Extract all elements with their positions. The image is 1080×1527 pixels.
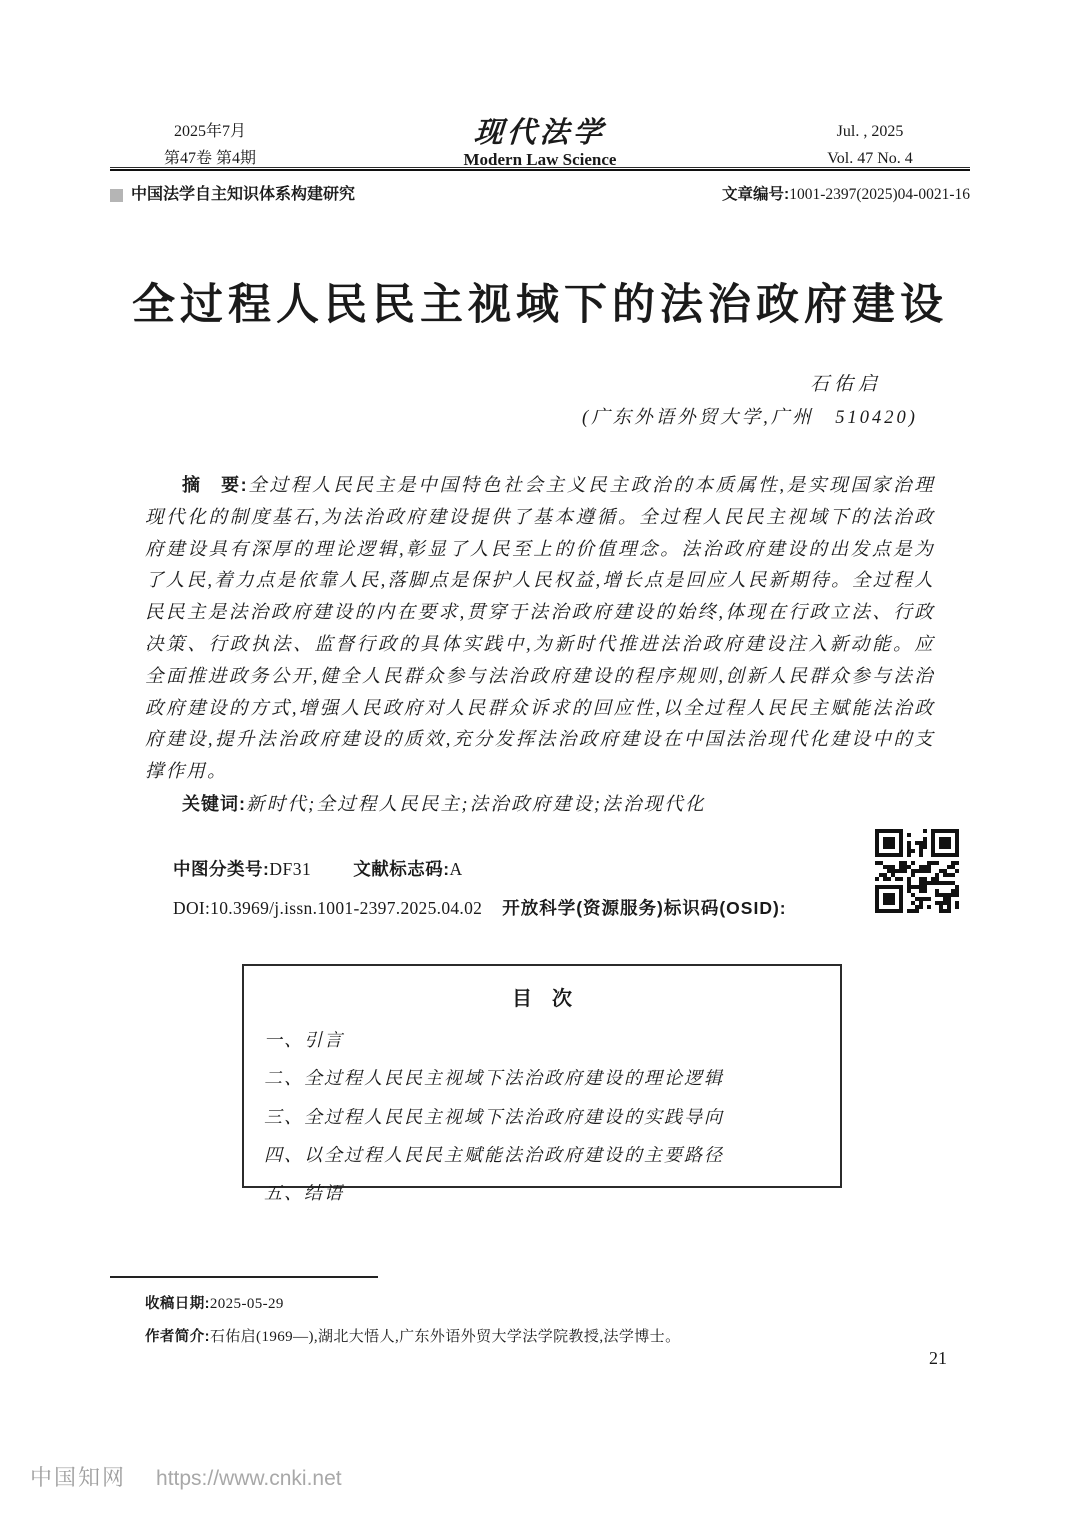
masthead: 2025年7月 第47卷 第4期 现代法学 Modern Law Science… [110,118,970,172]
received-date-label: 收稿日期: [145,1296,210,1312]
keywords-text: 新时代;全过程人民民主;法治政府建设;法治现代化 [246,795,706,815]
toc-item: 一、引言 [264,1021,840,1059]
qr-finder-icon [875,885,903,913]
keywords-paragraph: 关键词:新时代;全过程人民民主;法治政府建设;法治现代化 [145,789,935,822]
author-bio-value: 石佑启(1969—),湖北大悟人,广东外语外贸大学法学院教授,法学博士。 [210,1329,681,1345]
masthead-right: Jul. , 2025 Vol. 47 No. 4 [770,118,970,172]
issue-date-en: Jul. , 2025 [770,118,970,145]
classification-line: 中图分类号:DF31文献标志码:A [173,856,935,881]
journal-logo-cn: 现代法学 [309,118,771,148]
cnki-site-name: 中国知网 [30,1465,126,1490]
article-title: 全过程人民民主视域下的法治政府建设 [0,271,1080,332]
toc-item: 四、以全过程人民民主赋能法治政府建设的主要路径 [264,1136,840,1174]
doc-code-value: A [450,859,463,879]
cnki-url: https://www.cnki.net [156,1467,342,1490]
doi-line: DOI:10.3969/j.issn.1001-2397.2025.04.02开… [173,895,935,920]
toc-item: 五、结语 [264,1174,840,1212]
received-date-note: 收稿日期:2025-05-29 [145,1292,284,1313]
clc-value: DF31 [269,859,311,879]
gray-square-icon [110,189,123,202]
column-title: 中国法学自主知识体系构建研究 [131,185,355,205]
toc-item: 三、全过程人民民主视域下法治政府建设的实践导向 [264,1098,840,1136]
article-number-label: 文章编号: [722,186,789,203]
column-row: 中国法学自主知识体系构建研究 文章编号:1001-2397(2025)04-00… [110,185,970,205]
journal-paper-page: 2025年7月 第47卷 第4期 现代法学 Modern Law Science… [0,0,1080,1527]
author-affiliation: (广东外语外贸大学,广州 510420) [582,403,918,429]
author-name: 石佑启 [810,369,882,396]
abstract-label: 摘 要: [182,475,248,495]
osid-label: 开放科学(资源服务)标识码(OSID): [502,898,786,918]
abstract-text: 全过程人民民主是中国特色社会主义民主政治的本质属性,是实现国家治理现代化的制度基… [145,476,935,782]
toc-title: 目 次 [244,982,840,1011]
clc-label: 中图分类号: [173,859,269,879]
author-bio-label: 作者简介: [145,1329,210,1345]
article-number-value: 1001-2397(2025)04-0021-16 [789,186,970,203]
masthead-center: 现代法学 Modern Law Science [310,118,770,170]
masthead-divider-rule [110,167,970,171]
issue-date-cn: 2025年7月 [110,118,310,145]
page-number: 21 [918,1348,958,1369]
keywords-label: 关键词: [182,794,246,814]
doc-code-label: 文献标志码: [353,859,449,879]
abstract-paragraph: 摘 要:全过程人民民主是中国特色社会主义民主政治的本质属性,是实现国家治理现代化… [145,470,935,789]
cnki-watermark: 中国知网https://www.cnki.net [30,1461,342,1492]
toc-box: 目 次 一、引言 二、全过程人民民主视域下法治政府建设的理论逻辑 三、全过程人民… [242,964,842,1188]
abstract-block: 摘 要:全过程人民民主是中国特色社会主义民主政治的本质属性,是实现国家治理现代化… [145,470,935,920]
qr-finder-icon [931,829,959,857]
qr-finder-icon [875,829,903,857]
received-date-value: 2025-05-29 [210,1296,284,1312]
article-number: 文章编号:1001-2397(2025)04-0021-16 [722,185,970,205]
footnote-divider-rule [110,1276,378,1278]
toc-item: 二、全过程人民民主视域下法治政府建设的理论逻辑 [264,1059,840,1097]
doi-value: DOI:10.3969/j.issn.1001-2397.2025.04.02 [173,898,482,918]
osid-qr-code-icon [875,829,959,913]
author-bio-note: 作者简介:石佑启(1969—),湖北大悟人,广东外语外贸大学法学院教授,法学博士… [145,1325,681,1346]
masthead-left: 2025年7月 第47卷 第4期 [110,118,310,172]
column-title-wrap: 中国法学自主知识体系构建研究 [110,185,355,205]
